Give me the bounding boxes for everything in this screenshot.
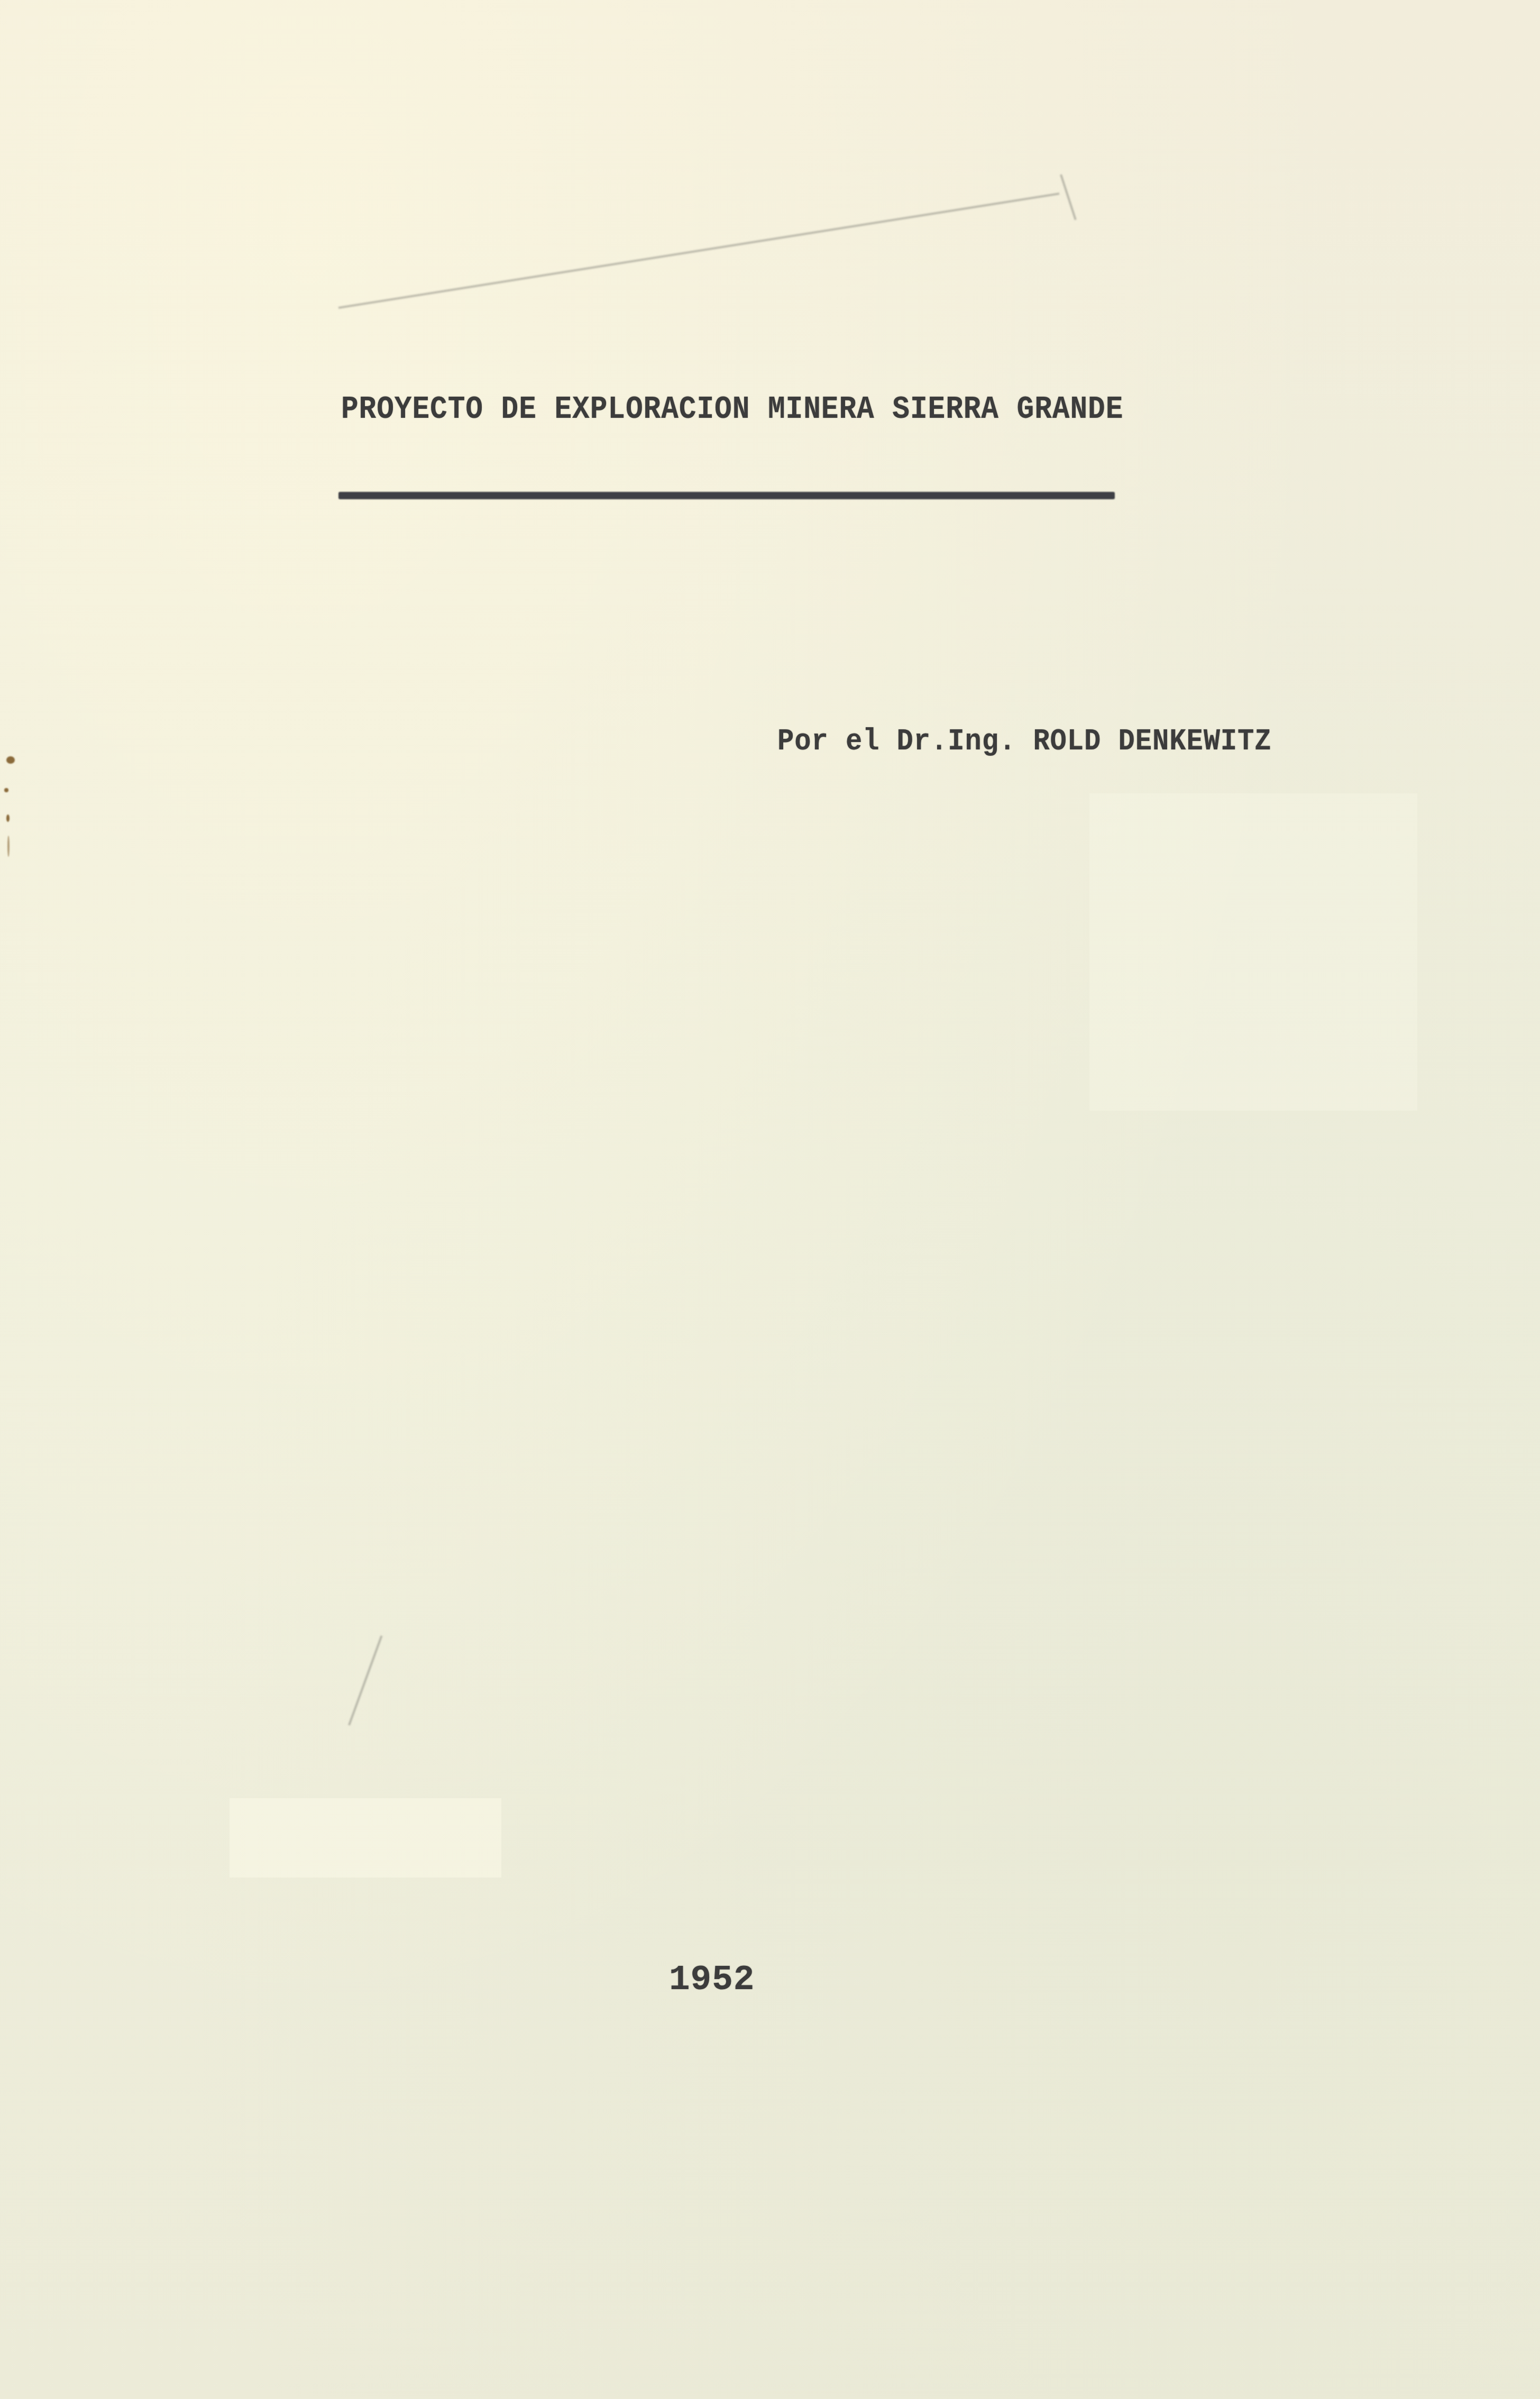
pencil-line <box>338 193 1060 309</box>
document-title: PROYECTO DE EXPLORACION MINERA SIERRA GR… <box>341 390 1123 428</box>
title-underline-rule <box>338 492 1115 499</box>
document-year: 1952 <box>669 1960 755 2000</box>
binding-stain-marks <box>4 735 15 894</box>
paper-light-patch <box>230 1798 501 1878</box>
paper-light-patch <box>1089 793 1417 1111</box>
pencil-tick <box>1060 174 1077 220</box>
document-page: PROYECTO DE EXPLORACION MINERA SIERRA GR… <box>0 0 1540 2399</box>
pencil-stroke <box>348 1635 382 1726</box>
author-line: Por el Dr.Ing. ROLD DENKEWITZ <box>777 725 1272 759</box>
